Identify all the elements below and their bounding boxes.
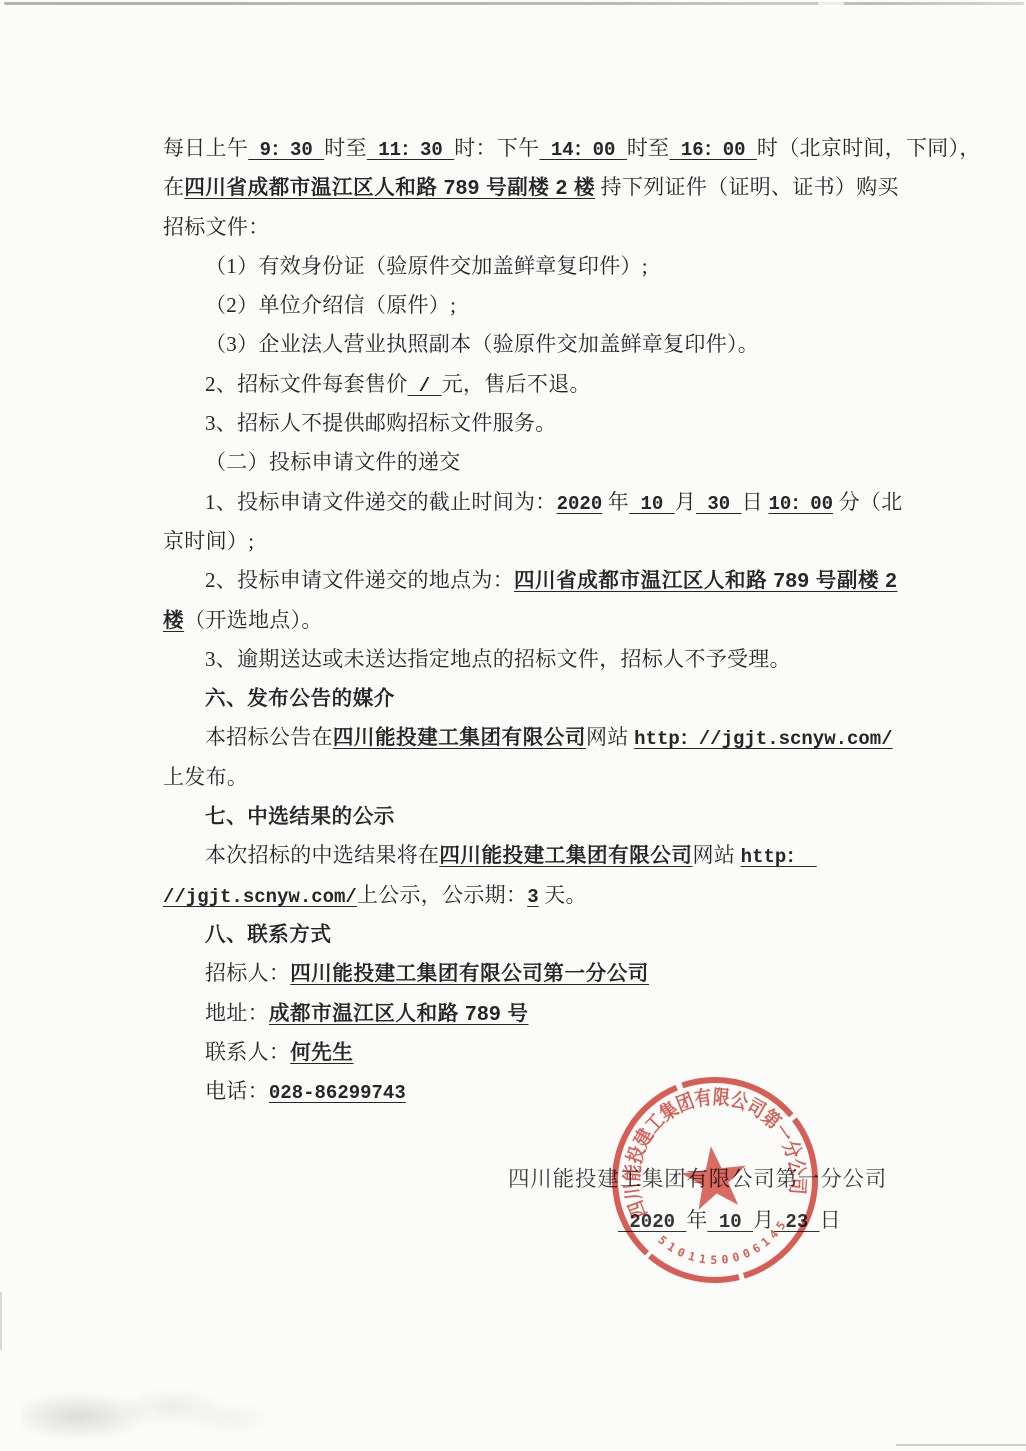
text-segment: 本招标公告在 (205, 725, 333, 749)
scan-top-edge-artifact (4, 2, 1024, 5)
body-line-03: 招标文件： (163, 208, 911, 247)
text-segment: 网站 (693, 843, 741, 867)
text-segment: 上发布。 (163, 765, 248, 789)
text-segment: 3 (527, 886, 538, 908)
scan-bottom-edge-artifact (896, 1444, 1026, 1446)
text-segment: 成都市温江区人和路 789 号 (269, 1002, 529, 1025)
body-line-06: （3）企业法人营业执照副本（验原件交加盖鲜章复印件）。 (163, 325, 911, 364)
body-line-14: 3、逾期送达或未送达指定地点的招标文件，招标人不予受理。 (163, 640, 911, 679)
text-segment: 时至 (324, 136, 367, 160)
body-line-10: 1、投标申请文件递交的截止时间为：2020 年 10 月 30 日 10：00 … (163, 483, 911, 522)
text-segment: 六、发布公告的媒介 (205, 687, 395, 710)
text-segment: 年 (602, 490, 629, 514)
scan-left-edge-artifact (0, 1292, 2, 1350)
body-line-20: //jgjt.scnyw.com/上公示，公示期：3 天。 (163, 876, 911, 915)
text-segment: （3）企业法人营业执照副本（验原件交加盖鲜章复印件）。 (205, 332, 759, 356)
text-segment: 1、投标申请文件递交的截止时间为： (205, 490, 557, 514)
text-segment: 楼 (163, 609, 184, 632)
text-segment: 30 (696, 493, 742, 515)
text-segment: 分（北 (833, 490, 902, 514)
text-segment: 四川省成都市温江区人和路 789 号副楼 2 (514, 569, 897, 592)
text-segment: 在 (163, 175, 184, 199)
text-segment: //jgjt.scnyw.com/ (163, 886, 357, 908)
text-segment: 2、招标文件每套售价 (205, 372, 408, 396)
star-icon (679, 1142, 751, 1211)
text-segment: 招标人： (205, 961, 290, 985)
text-segment: 四川能投建工集团有限公司第一分公司 (290, 962, 649, 985)
body-line-17: 上发布。 (163, 758, 911, 797)
body-line-21: 八、联系方式 (163, 915, 911, 954)
text-segment: 七、中选结果的公示 (205, 805, 395, 828)
text-segment: http：//jgjt.scnyw.com/ (634, 728, 892, 750)
text-segment: 地址： (205, 1001, 269, 1025)
text-segment: 京时间）; (163, 529, 254, 553)
text-segment: / (408, 375, 442, 397)
text-segment: http： (741, 846, 817, 868)
text-segment: 2、投标申请文件递交的地点为： (205, 568, 514, 592)
body-line-05: （2）单位介绍信（原件）; (163, 286, 911, 325)
body-line-01: 每日上午 9：30 时至 11：30 时：下午 14：00 时至 16：00 时… (163, 129, 911, 168)
text-segment: 2020 (557, 493, 603, 515)
body-line-22: 招标人：四川能投建工集团有限公司第一分公司 (163, 954, 911, 993)
body-line-07: 2、招标文件每套售价 / 元，售后不退。 (163, 365, 911, 404)
text-segment: 9：30 (248, 139, 324, 161)
text-segment: （2）单位介绍信（原件）; (205, 293, 456, 317)
text-segment: 联系人： (205, 1040, 290, 1064)
scan-smudge-artifact (22, 1360, 282, 1438)
body-line-02: 在四川省成都市温江区人和路 789 号副楼 2 楼 持下列证件（证明、证书）购买 (163, 168, 911, 207)
body-line-08: 3、招标人不提供邮购招标文件服务。 (163, 404, 911, 443)
body-line-12: 2、投标申请文件递交的地点为：四川省成都市温江区人和路 789 号副楼 2 (163, 561, 911, 600)
text-segment: 何先生 (290, 1041, 353, 1064)
text-segment: 本次招标的中选结果将在 (205, 843, 439, 867)
body-line-11: 京时间）; (163, 522, 911, 561)
body-line-23: 地址：成都市温江区人和路 789 号 (163, 994, 911, 1033)
text-segment: 14：00 (539, 139, 626, 161)
text-segment: 028-86299743 (269, 1082, 406, 1104)
scanned-document-page: 每日上午 9：30 时至 11：30 时：下午 14：00 时至 16：00 时… (0, 0, 1026, 1451)
text-segment: （1）有效身份证（验原件交加盖鲜章复印件）; (205, 254, 648, 278)
text-segment: 四川能投建工集团有限公司 (439, 844, 692, 867)
body-line-15: 六、发布公告的媒介 (163, 679, 911, 718)
text-segment: 日 (742, 490, 769, 514)
scan-top-edge-gap (818, 1, 844, 7)
text-segment: 3、招标人不提供邮购招标文件服务。 (205, 411, 557, 435)
body-line-19: 本次招标的中选结果将在四川能投建工集团有限公司网站 http： (163, 836, 911, 875)
text-segment: 时（北京时间，下同）， (757, 136, 981, 160)
body-line-16: 本招标公告在四川能投建工集团有限公司网站 http：//jgjt.scnyw.c… (163, 718, 911, 757)
text-segment: 3、逾期送达或未送达指定地点的招标文件，招标人不予受理。 (205, 647, 791, 671)
document-body: 每日上午 9：30 时至 11：30 时：下午 14：00 时至 16：00 时… (163, 129, 911, 1111)
text-segment: 时：下午 (454, 136, 539, 160)
text-segment: 四川能投建工集团有限公司 (333, 726, 586, 749)
text-segment: 天。 (539, 883, 587, 907)
text-segment: 网站 (586, 725, 634, 749)
text-segment: 10 (629, 493, 675, 515)
text-segment: 上公示，公示期： (357, 883, 527, 907)
body-line-18: 七、中选结果的公示 (163, 797, 911, 836)
text-segment: 电话： (205, 1079, 269, 1103)
text-segment: 元，售后不退。 (442, 372, 591, 396)
text-segment: （开选地点）。 (184, 608, 323, 632)
company-seal-stamp: 四川能投建工集团有限公司第一分公司 5101150006145 (586, 1051, 845, 1310)
body-line-04: （1）有效身份证（验原件交加盖鲜章复印件）; (163, 247, 911, 286)
text-segment: 招标文件： (163, 215, 270, 239)
text-segment: 八、联系方式 (205, 923, 332, 946)
body-line-13: 楼（开选地点）。 (163, 601, 911, 640)
text-segment: 时至 (627, 136, 670, 160)
body-line-09: （二）投标申请文件的递交 (163, 443, 911, 482)
text-segment: （二）投标申请文件的递交 (205, 450, 461, 474)
text-segment: 10：00 (768, 493, 833, 515)
text-segment: 11：30 (367, 139, 454, 161)
text-segment: 四川省成都市温江区人和路 789 号副楼 2 楼 (184, 176, 595, 199)
text-segment: 每日上午 (163, 136, 248, 160)
text-segment: 持下列证件（证明、证书）购买 (595, 175, 899, 199)
text-segment: 月 (675, 490, 696, 514)
text-segment: 16：00 (669, 139, 756, 161)
